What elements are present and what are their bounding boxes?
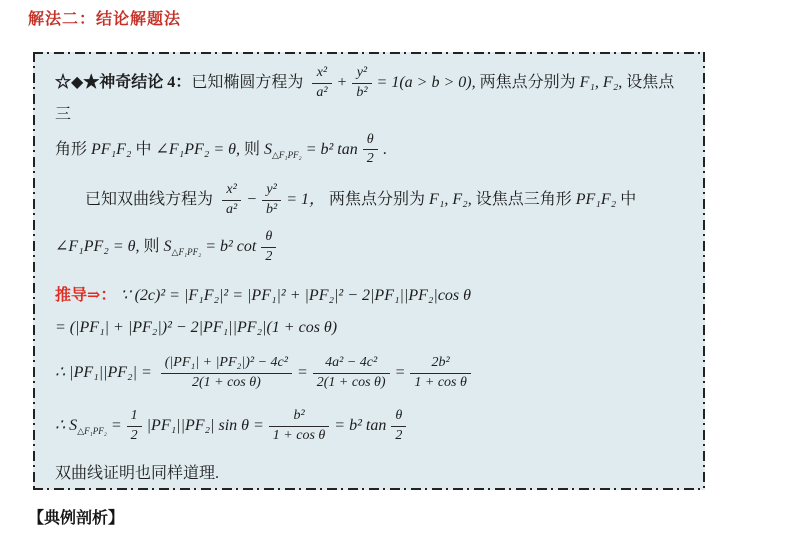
line-derivation-3: ∴ |PF₁||PF₂| = (|PF₁| + |PF₂|)² − 4c²2(1… xyxy=(55,354,687,393)
denominator: 2(1 + cos θ) xyxy=(161,374,292,392)
box-content: ☆◆★神奇结论 4：已知椭圆方程为 x²a²+y²b²= 1(a > b > 0… xyxy=(33,52,705,490)
math-run: F₁, F₂, xyxy=(429,191,472,208)
line-derivation-4: ∴ S△F₁PF₂ =12|PF₁||PF₂| sin θ =b²1 + cos… xyxy=(55,407,687,446)
numerator: x² xyxy=(222,182,241,201)
triangle-subscript: △F₁PF₂ xyxy=(172,247,202,257)
numerator: 4a² − 4c² xyxy=(313,355,390,374)
numerator: 2b² xyxy=(410,355,471,374)
triangle-subscript: △F₁PF₂ xyxy=(77,426,107,436)
fraction-x2-a2: x²a² xyxy=(222,182,241,219)
numerator: x² xyxy=(312,65,331,84)
fraction-y2-b2: y²b² xyxy=(352,65,371,102)
line-derivation-1: 推导⇒： ∵ (2c)² = |F₁F₂|² = |PF₁|² + |PF₂|²… xyxy=(55,284,687,308)
numerator: b² xyxy=(269,408,330,427)
operator: − xyxy=(246,191,257,208)
text-run: 中 xyxy=(135,141,151,158)
fraction-b2: b²1 + cos θ xyxy=(269,408,330,445)
text-run: 中 xyxy=(620,191,636,208)
triangle-subscript: △F₁PF₂ xyxy=(272,150,302,160)
math-run: F₁, F₂, xyxy=(580,74,623,91)
math-run: = b² tan xyxy=(334,417,386,434)
equals-sign: = xyxy=(111,417,122,434)
numerator: 1 xyxy=(127,408,142,427)
fraction-theta-2: θ2 xyxy=(261,229,276,266)
text-run: 双曲线证明也同样道理. xyxy=(55,465,219,482)
text-run: 已知双曲线方程为 xyxy=(85,191,213,208)
equals-sign: = xyxy=(395,364,406,381)
numerator: θ xyxy=(363,132,378,151)
denominator: 2 xyxy=(261,248,276,266)
line-hyperbola-statement-2: ∠F₁PF₂ = θ, 则 S△F₁PF₂ = b² cotθ2 xyxy=(55,228,687,267)
fraction-pf-sum: (|PF₁| + |PF₂|)² − 4c²2(1 + cos θ) xyxy=(161,355,292,392)
math-run: S xyxy=(164,238,172,255)
denominator: 2(1 + cos θ) xyxy=(313,374,390,392)
denominator: b² xyxy=(352,84,371,102)
numerator: θ xyxy=(261,229,276,248)
fraction-theta-2: θ2 xyxy=(391,408,406,445)
fraction-y2-b2: y²b² xyxy=(262,182,281,219)
numerator: y² xyxy=(352,65,371,84)
math-run: S xyxy=(264,141,272,158)
math-run: ∴ S xyxy=(55,417,77,434)
derivation-label: 推导⇒： xyxy=(55,287,116,304)
denominator: a² xyxy=(312,84,331,102)
line-ellipse-statement-2: 角形 PF₁F₂ 中 ∠F₁PF₂ = θ, 则 S△F₁PF₂ = b² ta… xyxy=(55,131,687,170)
math-run: = b² cot xyxy=(205,238,256,255)
fraction-2b2: 2b²1 + cos θ xyxy=(410,355,471,392)
text-run: 两焦点分别为 xyxy=(480,74,576,91)
page-title: 解法二：结论解题法 xyxy=(28,6,181,29)
operator: + xyxy=(337,74,348,91)
math-run: ∴ |PF₁||PF₂| = xyxy=(55,364,152,381)
denominator: 1 + cos θ xyxy=(269,427,330,445)
text-run: 已知椭圆方程为 xyxy=(191,74,303,91)
math-run: ∠F₁PF₂ = θ, xyxy=(155,141,240,158)
numerator: (|PF₁| + |PF₂|)² − 4c² xyxy=(161,355,292,374)
conclusion-box: ☆◆★神奇结论 4：已知椭圆方程为 x²a²+y²b²= 1(a > b > 0… xyxy=(33,52,705,490)
math-run: = b² tan xyxy=(306,141,358,158)
math-run: PF₁F₂ xyxy=(91,141,131,158)
text-run: . xyxy=(383,141,387,158)
math-run: = 1(a > b > 0), xyxy=(377,74,476,91)
denominator: 2 xyxy=(127,427,142,445)
text-run: 角形 xyxy=(55,141,87,158)
denominator: 2 xyxy=(391,427,406,445)
math-run: |PF₁||PF₂| sin θ = xyxy=(147,417,264,434)
fraction-one-half: 12 xyxy=(127,408,142,445)
denominator: a² xyxy=(222,201,241,219)
math-run: PF₁F₂ xyxy=(576,191,616,208)
math-run: = (|PF₁| + |PF₂|)² − 2|PF₁||PF₂|(1 + cos… xyxy=(55,319,337,336)
fraction-x2-a2: x²a² xyxy=(312,65,331,102)
section-title-examples: 【典例剖析】 xyxy=(28,505,124,528)
denominator: 2 xyxy=(363,150,378,168)
numerator: y² xyxy=(262,182,281,201)
math-run: = 1， xyxy=(286,191,325,208)
fraction-4a2-4c2: 4a² − 4c²2(1 + cos θ) xyxy=(313,355,390,392)
line-derivation-2: = (|PF₁| + |PF₂|)² − 2|PF₁||PF₂|(1 + cos… xyxy=(55,316,687,340)
math-run: ∵ (2c)² = |F₁F₂|² = |PF₁|² + |PF₂|² − 2|… xyxy=(120,287,471,304)
line-hyperbola-statement-1: 已知双曲线方程为 x²a²−y²b²= 1， 两焦点分别为 F₁, F₂, 设焦… xyxy=(55,181,687,220)
denominator: b² xyxy=(262,201,281,219)
equals-sign: = xyxy=(297,364,308,381)
fraction-theta-2: θ2 xyxy=(363,132,378,169)
math-run: ∠F₁PF₂ = θ, xyxy=(55,238,140,255)
text-run: 则 xyxy=(144,238,160,255)
numerator: θ xyxy=(391,408,406,427)
text-run: 两焦点分别为 xyxy=(329,191,425,208)
conclusion-label: ☆◆★神奇结论 4： xyxy=(55,74,191,91)
text-run: 设焦点三角形 xyxy=(476,191,572,208)
line-ellipse-statement-1: ☆◆★神奇结论 4：已知椭圆方程为 x²a²+y²b²= 1(a > b > 0… xyxy=(55,64,687,127)
line-closing-note: 双曲线证明也同样道理. xyxy=(55,462,687,486)
text-run: 则 xyxy=(244,141,260,158)
denominator: 1 + cos θ xyxy=(410,374,471,392)
document-page: 解法二：结论解题法 ☆◆★神奇结论 4：已知椭圆方程为 x²a²+y²b²= 1… xyxy=(0,0,794,533)
